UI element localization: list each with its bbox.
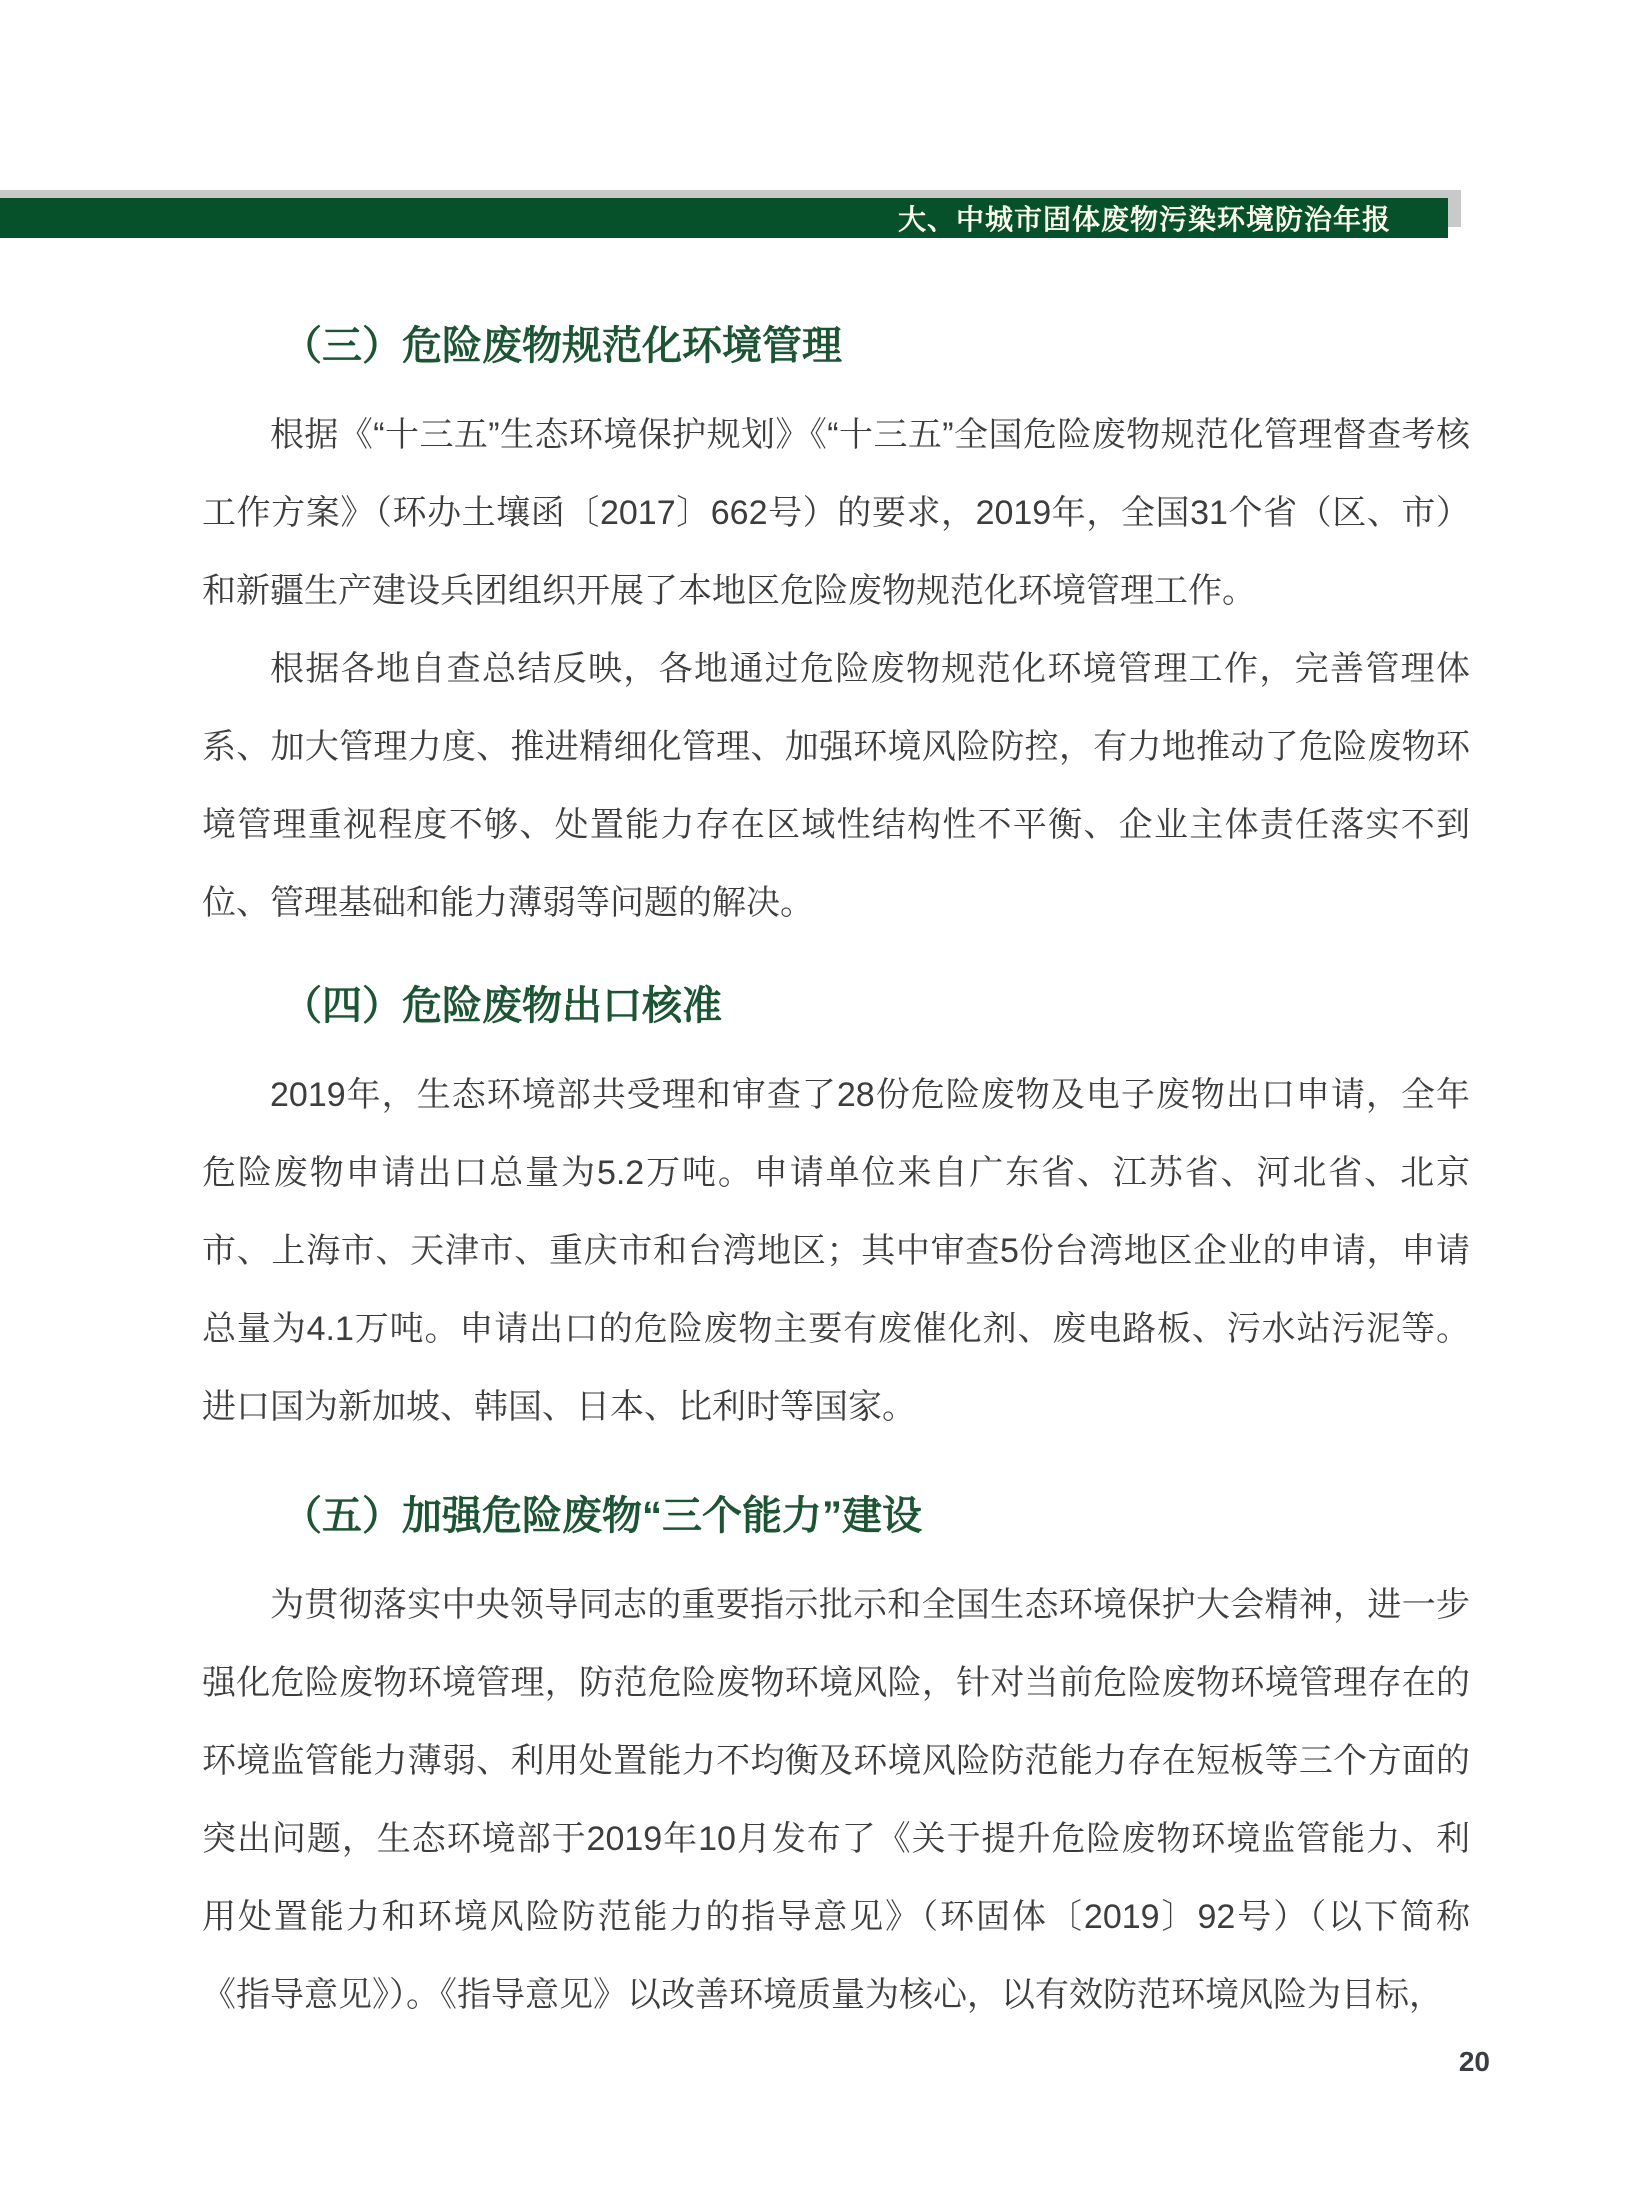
page-number: 20 bbox=[1459, 2046, 1490, 2078]
section-heading-4: （四）危险废物出口核准 bbox=[202, 982, 1470, 1030]
section-hazardous-waste-export-approval: （四）危险废物出口核准 2019年，生态环境部共受理和审查了28份危险废物及电子… bbox=[202, 982, 1470, 1446]
section-three-capabilities-building: （五）加强危险废物“三个能力”建设 为贯彻落实中央领导同志的重要指示批示和全国生… bbox=[202, 1492, 1470, 2034]
section-heading-3: （三）危险废物规范化环境管理 bbox=[202, 322, 1470, 370]
document-content: （三）危险废物规范化环境管理 根据《“十三五”生态环境保护规划》《“十三五”全国… bbox=[202, 0, 1470, 2034]
paragraph: 根据《“十三五”生态环境保护规划》《“十三五”全国危险废物规范化管理督查考核工作… bbox=[202, 396, 1470, 630]
section-hazardous-waste-standardized-management: （三）危险废物规范化环境管理 根据《“十三五”生态环境保护规划》《“十三五”全国… bbox=[202, 322, 1470, 942]
paragraph: 根据各地自查总结反映，各地通过危险废物规范化环境管理工作，完善管理体系、加大管理… bbox=[202, 630, 1470, 942]
paragraph: 2019年，生态环境部共受理和审查了28份危险废物及电子废物出口申请，全年危险废… bbox=[202, 1056, 1470, 1446]
section-heading-5: （五）加强危险废物“三个能力”建设 bbox=[202, 1492, 1470, 1540]
paragraph: 为贯彻落实中央领导同志的重要指示批示和全国生态环境保护大会精神，进一步强化危险废… bbox=[202, 1566, 1470, 2034]
